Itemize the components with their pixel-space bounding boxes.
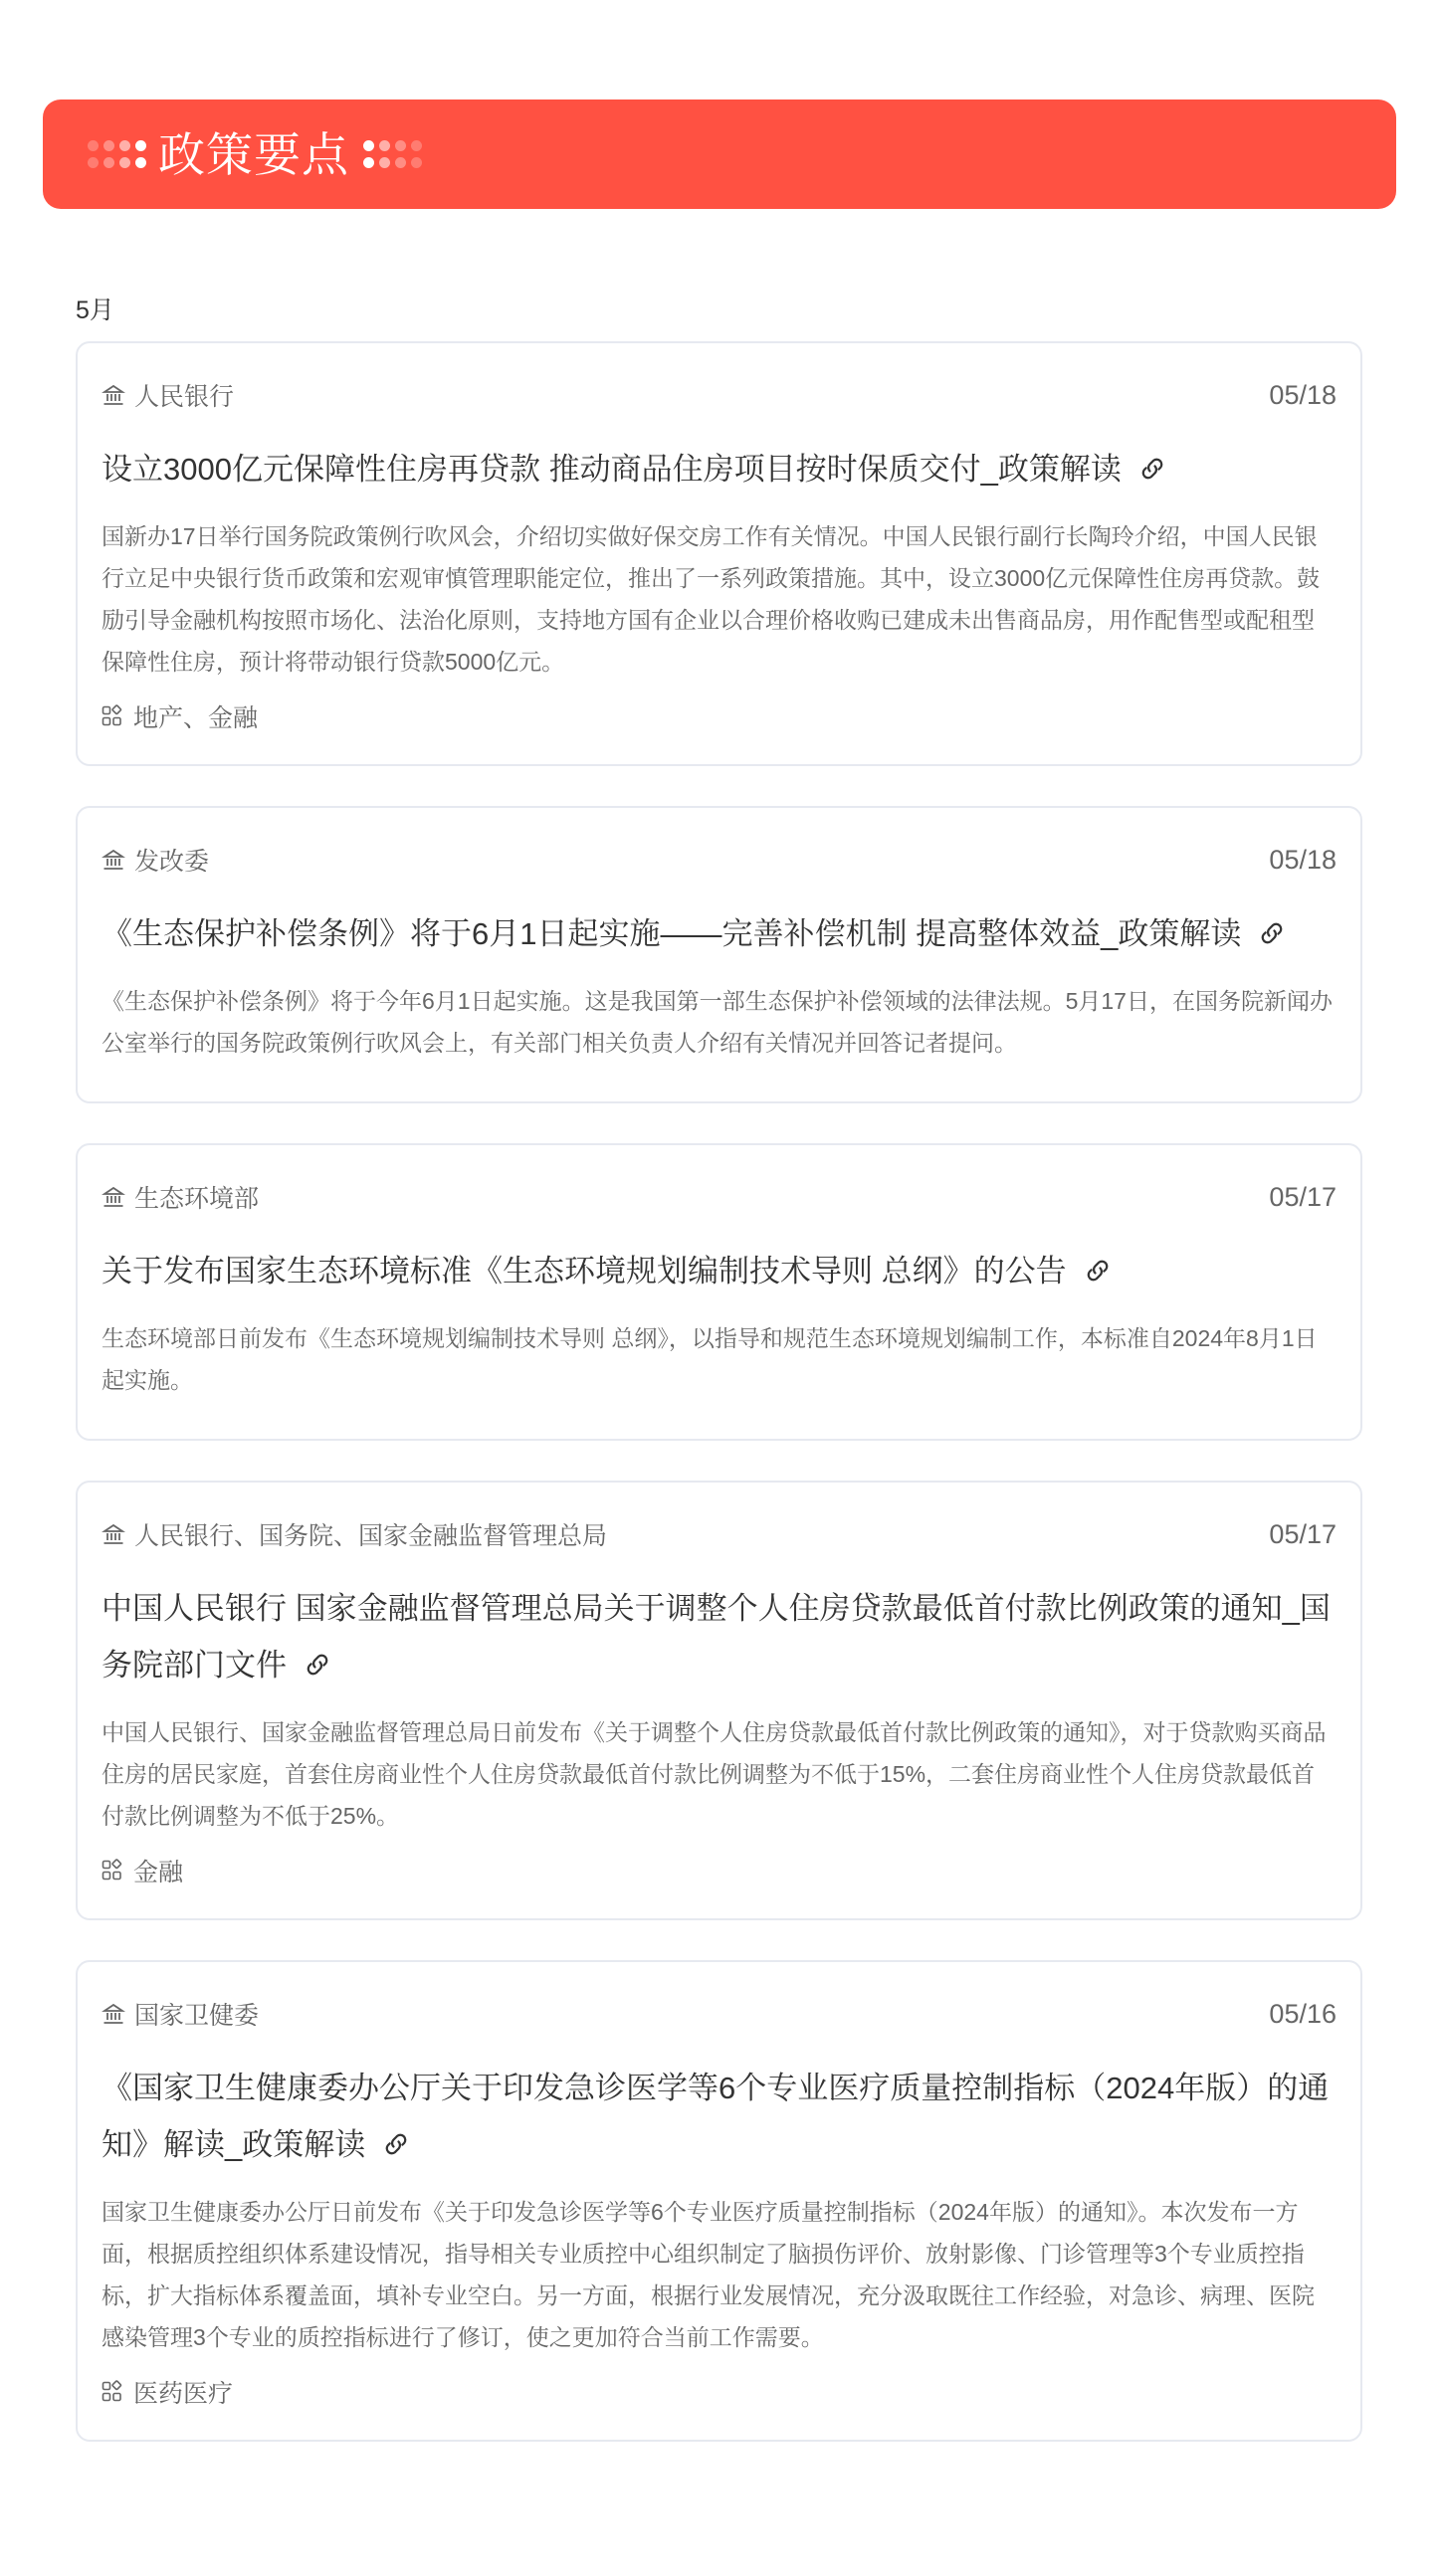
policy-list: 人民银行 05/18 设立3000亿元保障性住房再贷款 推动商品住房项目按时保质… [76,341,1362,2481]
publish-date: 05/17 [1269,1519,1336,1550]
policy-title-link[interactable]: 设立3000亿元保障性住房再贷款 推动商品住房项目按时保质交付_政策解读 [102,441,1336,497]
tag-list: 金融 [133,1853,183,1888]
policy-card[interactable]: 生态环境部 05/17 关于发布国家生态环境标准《生态环境规划编制技术导则 总纲… [76,1143,1362,1441]
card-meta-row: 人民银行、国务院、国家金融监督管理总局 05/17 [102,1516,1336,1552]
category-grid-icon [102,704,123,728]
source-name: 发改委 [134,842,209,878]
policy-tags: 金融 [102,1853,1336,1888]
policy-summary: 国家卫生健康委办公厅日前发布《关于印发急诊医学等6个专业医疗质量控制指标（202… [102,2191,1336,2358]
link-icon[interactable] [381,2129,411,2159]
policy-source: 人民银行、国务院、国家金融监督管理总局 [102,1516,607,1552]
link-icon[interactable] [303,1650,332,1680]
policy-card[interactable]: 国家卫健委 05/16 《国家卫生健康委办公厅关于印发急诊医学等6个专业医疗质量… [76,1960,1362,2442]
policy-source: 生态环境部 [102,1179,259,1215]
policy-title-link[interactable]: 关于发布国家生态环境标准《生态环境规划编制技术导则 总纲》的公告 [102,1243,1336,1299]
source-name: 国家卫健委 [134,1996,259,2032]
source-name: 人民银行、国务院、国家金融监督管理总局 [134,1516,607,1552]
section-title: 政策要点 [158,131,349,178]
category-grid-icon [102,2380,123,2404]
policy-title-link[interactable]: 中国人民银行 国家金融监督管理总局关于调整个人住房贷款最低首付款比例政策的通知_… [102,1580,1336,1693]
bank-icon [102,1522,125,1546]
policy-title[interactable]: 《国家卫生健康委办公厅关于印发急诊医学等6个专业医疗质量控制指标（2024年版）… [102,2071,1329,2162]
link-icon[interactable] [1137,454,1167,484]
link-icon[interactable] [1257,918,1287,948]
card-meta-row: 国家卫健委 05/16 [102,1996,1336,2032]
bank-icon [102,848,125,872]
section-header-banner: 政策要点 [43,99,1396,209]
policy-title-link[interactable]: 《生态保护补偿条例》将于6月1日起实施——完善补偿机制 提高整体效益_政策解读 [102,905,1336,962]
policy-summary: 生态环境部日前发布《生态环境规划编制技术导则 总纲》，以指导和规范生态环境规划编… [102,1317,1336,1401]
source-name: 人民银行 [134,377,234,413]
card-meta-row: 人民银行 05/18 [102,377,1336,413]
policy-tags: 医药医疗 [102,2374,1336,2410]
bank-icon [102,383,125,407]
policy-title[interactable]: 关于发布国家生态环境标准《生态环境规划编制技术导则 总纲》的公告 [102,1254,1067,1288]
policy-title[interactable]: 设立3000亿元保障性住房再贷款 推动商品住房项目按时保质交付_政策解读 [102,452,1122,487]
policy-summary: 中国人民银行、国家金融监督管理总局日前发布《关于调整个人住房贷款最低首付款比例政… [102,1711,1336,1837]
decorative-dots-left-icon [88,140,146,168]
bank-icon [102,1185,125,1209]
publish-date: 05/16 [1269,1999,1336,2030]
policy-title[interactable]: 《生态保护补偿条例》将于6月1日起实施——完善补偿机制 提高整体效益_政策解读 [102,916,1241,951]
policy-card[interactable]: 发改委 05/18 《生态保护补偿条例》将于6月1日起实施——完善补偿机制 提高… [76,806,1362,1103]
category-grid-icon [102,1859,123,1882]
tag-list: 医药医疗 [133,2374,233,2410]
policy-summary: 国新办17日举行国务院政策例行吹风会，介绍切实做好保交房工作有关情况。中国人民银… [102,515,1336,683]
policy-tags: 地产、金融 [102,698,1336,734]
policy-source: 发改委 [102,842,209,878]
policy-title-link[interactable]: 《国家卫生健康委办公厅关于印发急诊医学等6个专业医疗质量控制指标（2024年版）… [102,2060,1336,2173]
policy-card[interactable]: 人民银行、国务院、国家金融监督管理总局 05/17 中国人民银行 国家金融监督管… [76,1481,1362,1920]
bank-icon [102,2002,125,2026]
policy-title[interactable]: 中国人民银行 国家金融监督管理总局关于调整个人住房贷款最低首付款比例政策的通知_… [102,1591,1331,1683]
month-group-label: 5月 [76,291,114,326]
source-name: 生态环境部 [134,1179,259,1215]
decorative-dots-right-icon [363,140,422,168]
policy-summary: 《生态保护补偿条例》将于今年6月1日起实施。这是我国第一部生态保护补偿领域的法律… [102,980,1336,1064]
card-meta-row: 生态环境部 05/17 [102,1179,1336,1215]
publish-date: 05/18 [1269,380,1336,411]
publish-date: 05/17 [1269,1182,1336,1213]
tag-list: 地产、金融 [133,698,258,734]
policy-source: 人民银行 [102,377,234,413]
policy-card[interactable]: 人民银行 05/18 设立3000亿元保障性住房再贷款 推动商品住房项目按时保质… [76,341,1362,766]
card-meta-row: 发改委 05/18 [102,842,1336,878]
link-icon[interactable] [1083,1256,1113,1286]
publish-date: 05/18 [1269,845,1336,876]
policy-source: 国家卫健委 [102,1996,259,2032]
